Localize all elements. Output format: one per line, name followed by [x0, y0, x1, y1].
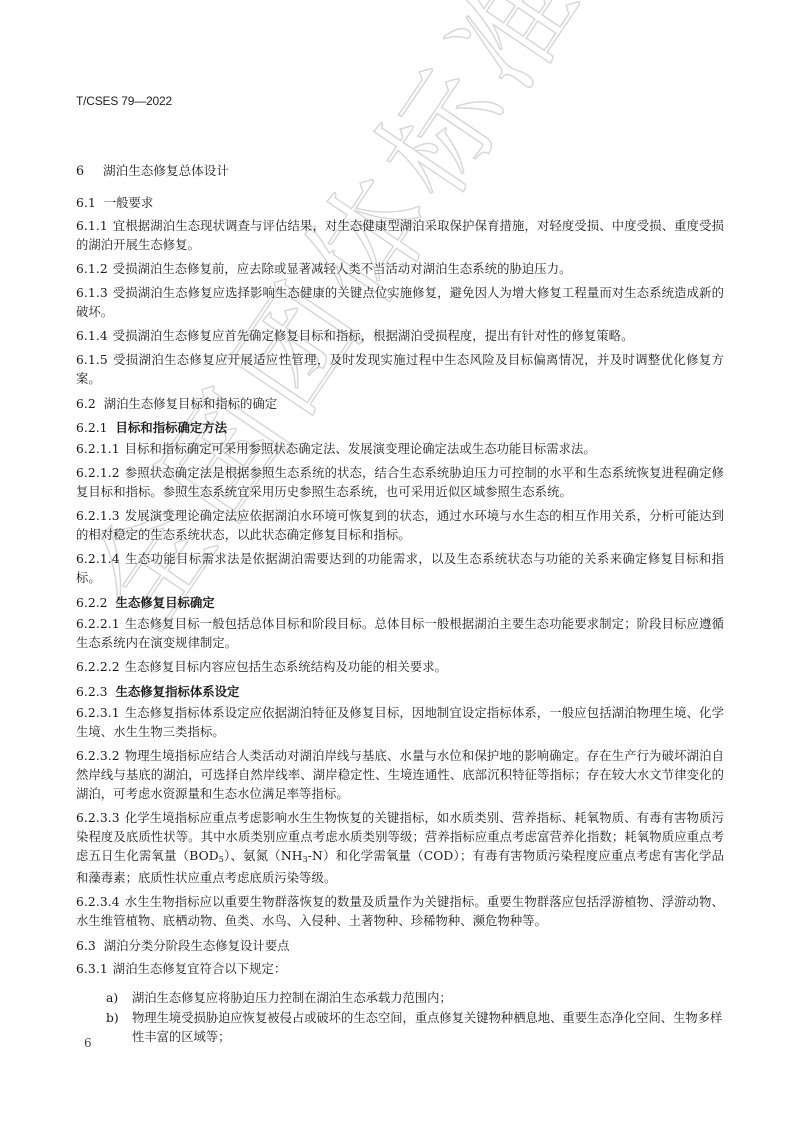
- list-item: a) 湖泊生态修复应将胁迫压力控制在湖泊生态承载力范围内；: [106, 989, 724, 1008]
- document-page: 全国团体标准信息平台 T/CSES 79—2022 6湖泊生态修复总体设计 6.…: [0, 0, 794, 1123]
- clause-text: ）、氨氮（NH: [224, 849, 303, 863]
- section-heading-6-2-3: 6.2.3生态修复指标体系设定: [76, 682, 724, 701]
- section-title: 湖泊生态修复总体设计: [103, 163, 229, 178]
- standard-code-header: T/CSES 79—2022: [76, 94, 172, 108]
- list-marker: a): [106, 989, 132, 1008]
- page-number: 6: [84, 1036, 92, 1050]
- section-number: 6.2.2: [76, 595, 108, 610]
- list-text: 物理生境受损胁迫应恢复被侵占或破坏的生态空间，重点修复关键物种栖息地、重要生态净…: [132, 1009, 724, 1047]
- clause-text: 受损湖泊生态修复应首先确定修复目标和指标，根据湖泊受损程度，提出有针对性的修复策…: [113, 329, 634, 343]
- clause-6-1-3: 6.1.3受损湖泊生态修复应选择影响生态健康的关键点位实施修复，避免因人为增大修…: [76, 284, 724, 322]
- clause-6-2-2-1: 6.2.2.1生态修复目标一般包括总体目标和阶段目标。总体目标一般根据湖泊主要生…: [76, 615, 724, 653]
- list-item: b) 物理生境受损胁迫应恢复被侵占或破坏的生态空间，重点修复关键物种栖息地、重要…: [106, 1009, 724, 1047]
- section-heading-6-1: 6.1一般要求: [76, 193, 724, 212]
- section-heading-6: 6湖泊生态修复总体设计: [76, 161, 724, 180]
- clause-6-3-1: 6.3.1湖泊生态修复宜符合以下规定：: [76, 960, 724, 979]
- requirements-list: a) 湖泊生态修复应将胁迫压力控制在湖泊生态承载力范围内； b) 物理生境受损胁…: [106, 989, 724, 1047]
- section-number: 6.3: [76, 938, 96, 953]
- clause-number: 6.2.3.3: [76, 811, 120, 825]
- clause-number: 6.1.3: [76, 286, 108, 300]
- clause-number: 6.2.1.3: [76, 509, 120, 523]
- document-body: 6湖泊生态修复总体设计 6.1一般要求 6.1.1宜根据湖泊生态现状调查与评估结…: [76, 160, 724, 1048]
- section-heading-6-2-2: 6.2.2生态修复目标确定: [76, 593, 724, 612]
- clause-number: 6.1.1: [76, 219, 108, 233]
- clause-text: 参照状态确定法是根据参照生态系统的状态，结合生态系统胁迫压力可控制的水平和生态系…: [76, 466, 724, 499]
- section-number: 6: [76, 161, 103, 180]
- clause-number: 6.2.3.2: [76, 749, 120, 763]
- clause-6-2-3-4: 6.2.3.4水生生物指标应以重要生物群落恢复的数量及质量作为关键指标。重要生物…: [76, 893, 724, 931]
- list-marker: b): [106, 1009, 132, 1047]
- clause-text: 目标和指标确定可采用参照状态确定法、发展演变理论确定法或生态功能目标需求法。: [125, 442, 596, 456]
- clause-6-2-3-1: 6.2.3.1生态修复指标体系设定应依据湖泊特征及修复目标，因地制宜设定指标体系…: [76, 704, 724, 742]
- clause-6-1-5: 6.1.5受损湖泊生态修复应开展适应性管理，及时发现实施过程中生态风险及目标偏离…: [76, 351, 724, 389]
- clause-6-1-4: 6.1.4受损湖泊生态修复应首先确定修复目标和指标，根据湖泊受损程度，提出有针对…: [76, 327, 724, 346]
- clause-number: 6.2.3.4: [76, 895, 120, 909]
- clause-text: 湖泊生态修复宜符合以下规定：: [113, 962, 287, 976]
- clause-number: 6.2.2.2: [76, 660, 120, 674]
- clause-text: 受损湖泊生态修复应开展适应性管理，及时发现实施过程中生态风险及目标偏离情况，并及…: [76, 353, 724, 386]
- clause-number: 6.1.5: [76, 353, 108, 367]
- clause-number: 6.2.2.1: [76, 617, 120, 631]
- clause-number: 6.2.3.1: [76, 706, 120, 720]
- clause-6-2-1-4: 6.2.1.4生态功能目标需求法是依据湖泊需要达到的功能需求，以及生态系统状态与…: [76, 550, 724, 588]
- clause-6-1-2: 6.1.2受损湖泊生态修复前，应去除或显著减轻人类不当活动对湖泊生态系统的胁迫压…: [76, 260, 724, 279]
- clause-text: 发展演变理论确定法应依据湖泊水环境可恢复到的状态，通过水环境与水生态的相互作用关…: [76, 509, 724, 542]
- clause-text: 水生生物指标应以重要生物群落恢复的数量及质量作为关键指标。重要生物群落应包括浮游…: [76, 895, 724, 928]
- clause-number: 6.2.1.4: [76, 552, 120, 566]
- clause-6-2-1-1: 6.2.1.1目标和指标确定可采用参照状态确定法、发展演变理论确定法或生态功能目…: [76, 440, 724, 459]
- clause-number: 6.3.1: [76, 962, 108, 976]
- clause-text: 生态修复指标体系设定应依据湖泊特征及修复目标，因地制宜设定指标体系，一般应包括湖…: [76, 706, 724, 739]
- section-title: 生态修复目标确定: [116, 595, 215, 610]
- section-title: 湖泊分类分阶段生态修复设计要点: [104, 938, 290, 953]
- clause-text: 受损湖泊生态修复应选择影响生态健康的关键点位实施修复，避免因人为增大修复工程量而…: [76, 286, 724, 319]
- section-number: 6.2: [76, 396, 96, 411]
- clause-text: 受损湖泊生态修复前，应去除或显著减轻人类不当活动对湖泊生态系统的胁迫压力。: [113, 262, 572, 276]
- clause-number: 6.2.1.2: [76, 466, 120, 480]
- section-title: 生态修复指标体系设定: [116, 684, 240, 699]
- section-title: 湖泊生态修复目标和指标的确定: [104, 396, 277, 411]
- clause-text: 生态修复目标内容应包括生态系统结构及功能的相关要求。: [125, 660, 447, 674]
- clause-text: 物理生境指标应结合人类活动对湖泊岸线与基底、水量与水位和保护地的影响确定。存在生…: [76, 749, 724, 801]
- clause-6-2-3-3: 6.2.3.3化学生境指标应重点考虑影响水生生物恢复的关键指标，如水质类别、营养…: [76, 809, 724, 888]
- clause-number: 6.2.1.1: [76, 442, 120, 456]
- section-title: 目标和指标确定方法: [116, 420, 228, 435]
- clause-6-2-3-2: 6.2.3.2物理生境指标应结合人类活动对湖泊岸线与基底、水量与水位和保护地的影…: [76, 747, 724, 804]
- section-number: 6.1: [76, 195, 96, 210]
- clause-6-2-1-2: 6.2.1.2参照状态确定法是根据参照生态系统的状态，结合生态系统胁迫压力可控制…: [76, 464, 724, 502]
- list-text: 湖泊生态修复应将胁迫压力控制在湖泊生态承载力范围内；: [132, 989, 724, 1008]
- clause-number: 6.1.4: [76, 329, 108, 343]
- clause-number: 6.1.2: [76, 262, 108, 276]
- clause-6-2-1-3: 6.2.1.3发展演变理论确定法应依据湖泊水环境可恢复到的状态，通过水环境与水生…: [76, 507, 724, 545]
- section-heading-6-2: 6.2湖泊生态修复目标和指标的确定: [76, 394, 724, 413]
- section-title: 一般要求: [104, 195, 154, 210]
- section-number: 6.2.1: [76, 420, 108, 435]
- clause-6-2-2-2: 6.2.2.2生态修复目标内容应包括生态系统结构及功能的相关要求。: [76, 658, 724, 677]
- clause-text: 宜根据湖泊生态现状调查与评估结果，对生态健康型湖泊采取保护保育措施，对轻度受损、…: [76, 219, 724, 252]
- clause-text: 生态功能目标需求法是依据湖泊需要达到的功能需求，以及生态系统状态与功能的关系来确…: [76, 552, 724, 585]
- section-number: 6.2.3: [76, 684, 108, 699]
- section-heading-6-2-1: 6.2.1目标和指标确定方法: [76, 418, 724, 437]
- clause-text: 生态修复目标一般包括总体目标和阶段目标。总体目标一般根据湖泊主要生态功能要求制定…: [76, 617, 724, 650]
- clause-6-1-1: 6.1.1宜根据湖泊生态现状调查与评估结果，对生态健康型湖泊采取保护保育措施，对…: [76, 217, 724, 255]
- section-heading-6-3: 6.3湖泊分类分阶段生态修复设计要点: [76, 936, 724, 955]
